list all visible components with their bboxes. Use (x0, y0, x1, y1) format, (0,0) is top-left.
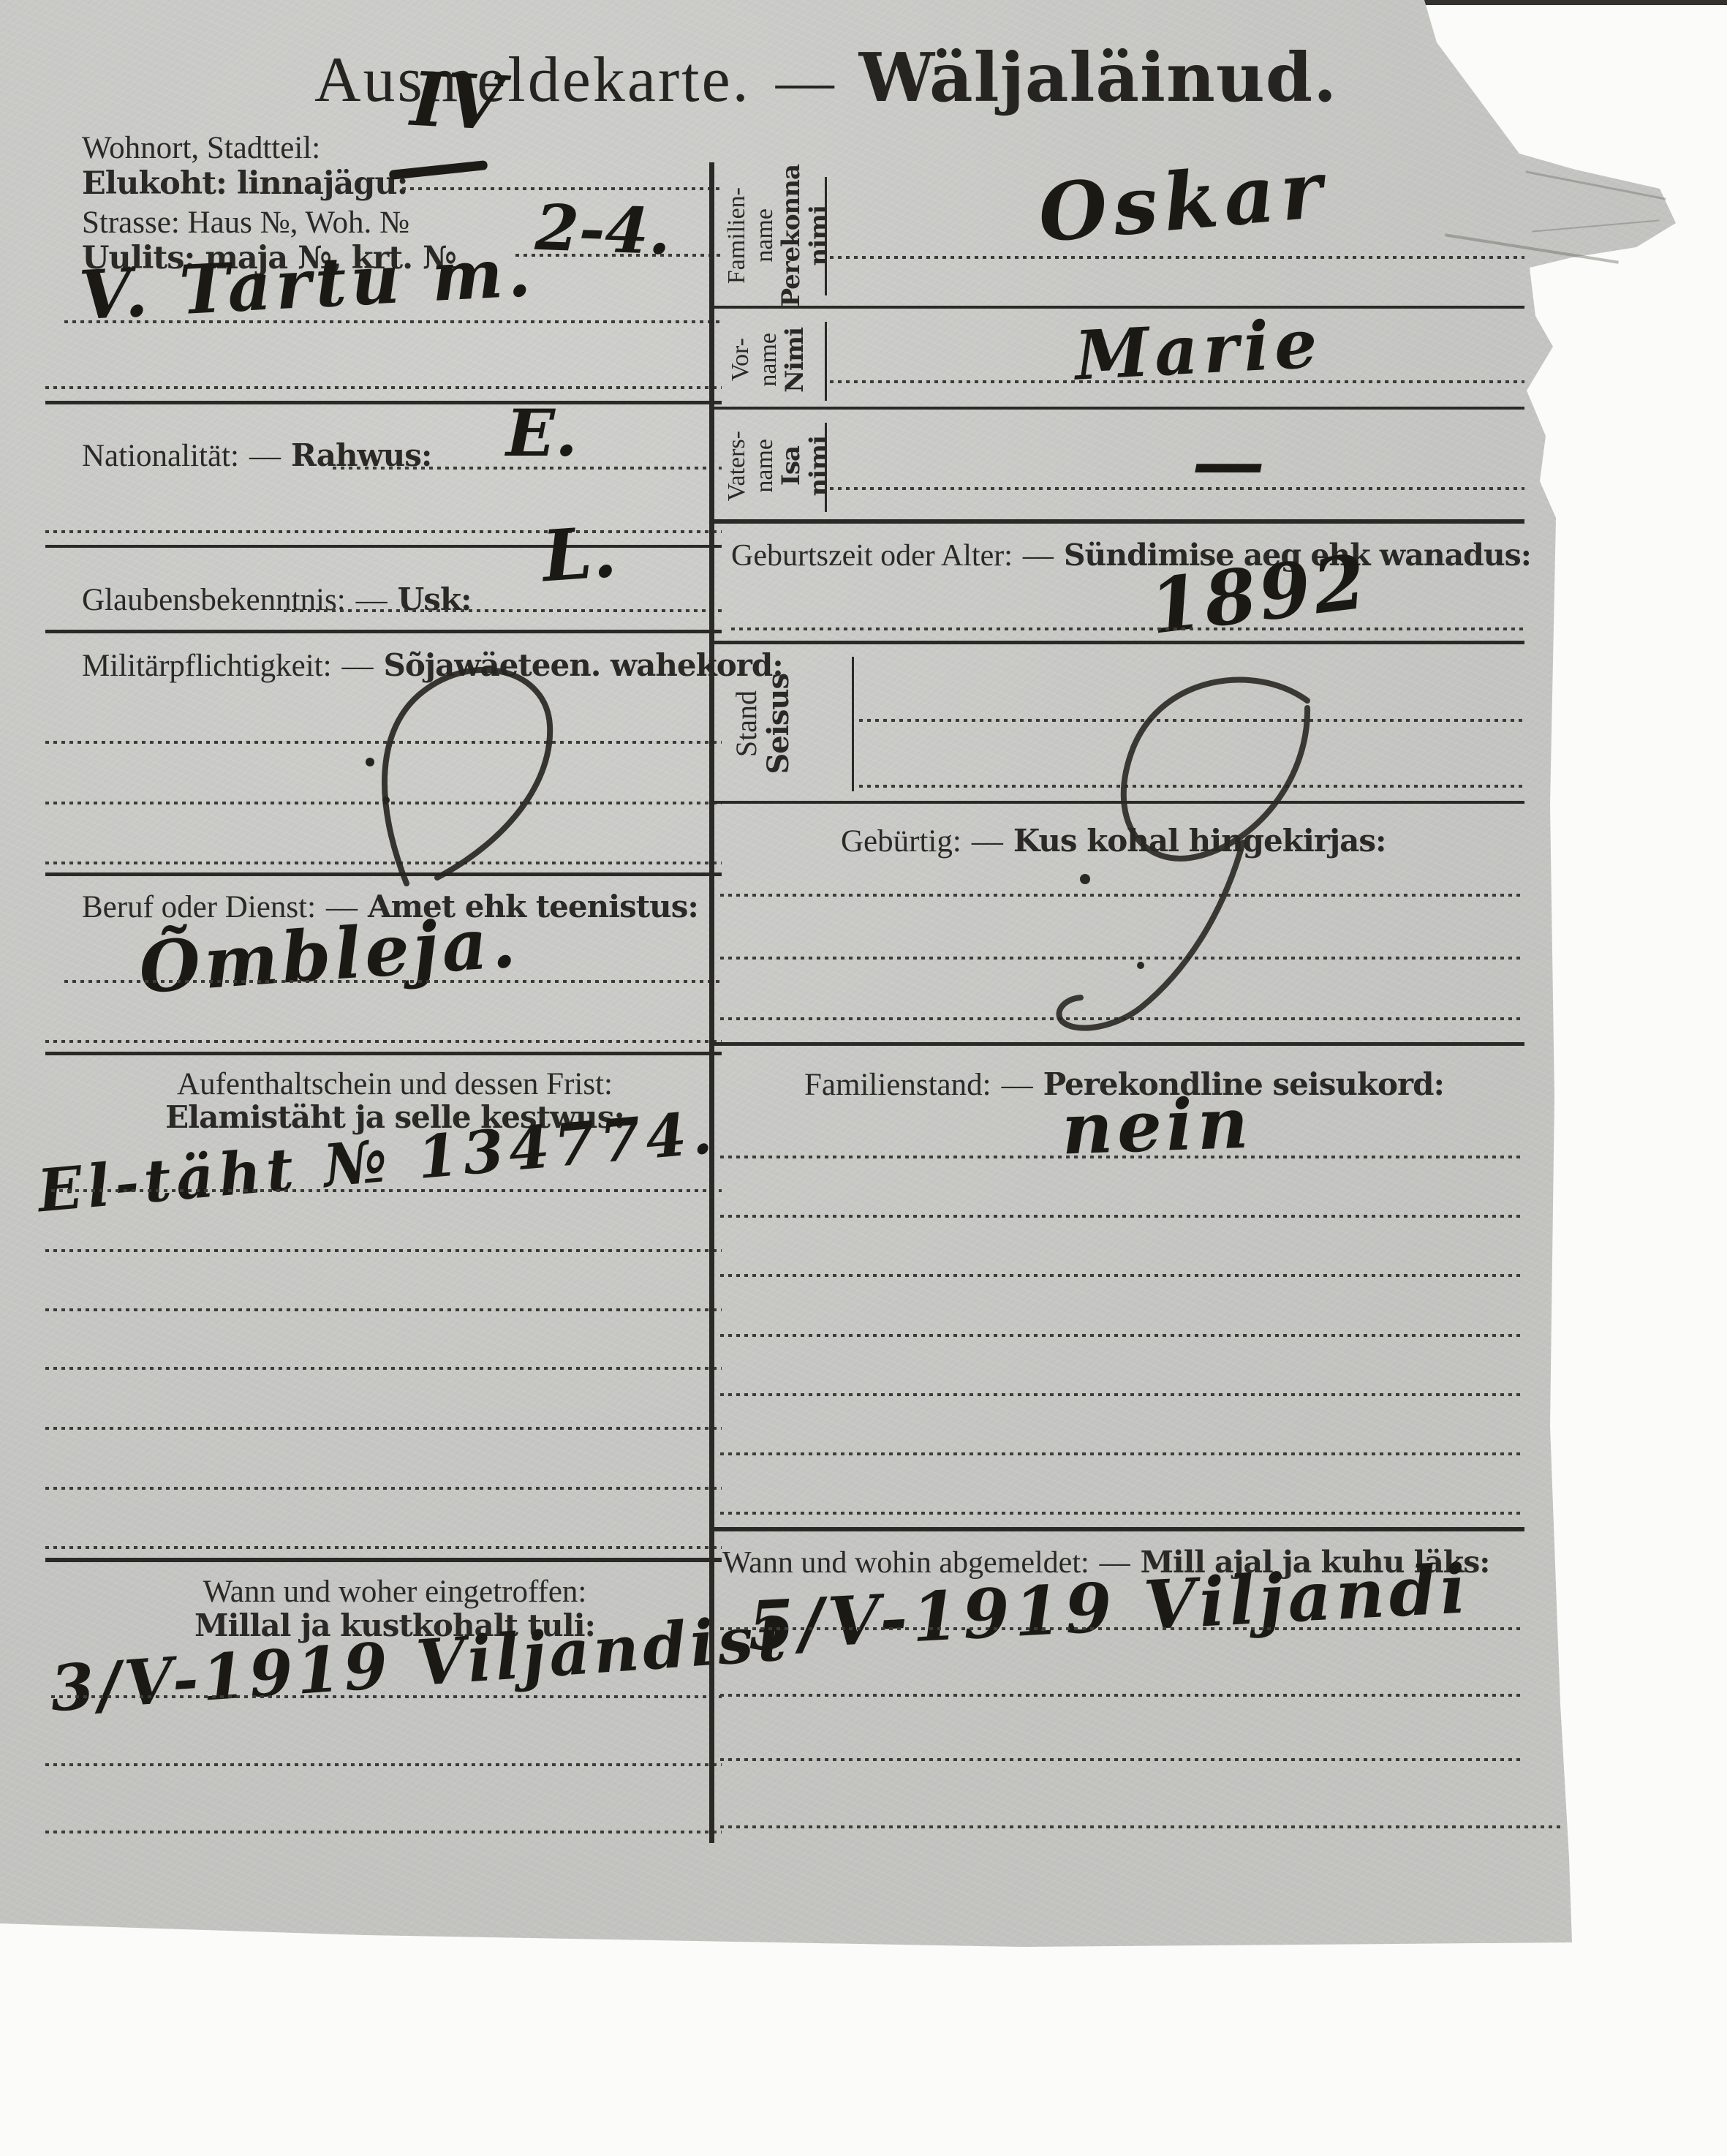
dotted-line (720, 1758, 1524, 1761)
handwritten-surname: Oskar (1035, 150, 1331, 254)
estate-label-et: Seisus (763, 674, 794, 774)
title-dash: — (776, 49, 834, 116)
born-label: Gebürtig: — Kus kohal hingekirjas: (841, 823, 1386, 859)
title-estonian: Wäljaläinud. (859, 38, 1337, 117)
rule (45, 1052, 722, 1055)
patronymic-label-et-1: Isa (779, 446, 805, 486)
rule (45, 630, 722, 633)
label-separator (825, 177, 827, 295)
military-label-et: Sõjawäeteen. wahekord: (384, 647, 783, 683)
dotted-line (45, 1546, 722, 1549)
dotted-line (45, 1763, 722, 1766)
rule (713, 306, 1524, 309)
dotted-line (720, 1334, 1524, 1337)
dotted-line (45, 1427, 722, 1430)
religion-label-de: Glaubensbekenntnis: (82, 582, 346, 618)
arrival-label-de: Wann und woher eingetroffen: (69, 1574, 720, 1610)
label-wohnort-stadtteil: Wohnort, Stadtteil: (82, 130, 320, 166)
rule (713, 407, 1524, 410)
dotted-line (45, 1249, 722, 1252)
dotted-line (720, 957, 1524, 960)
dotted-line (284, 609, 722, 612)
dotted-line (51, 1189, 722, 1192)
family-status-label-de: Familienstand: (804, 1067, 991, 1103)
handwritten-firstname: Marie (1073, 309, 1324, 390)
firstname-label-et-1: Nimi (782, 328, 809, 393)
dotted-line (720, 1274, 1524, 1277)
rule (713, 641, 1524, 644)
patronymic-row-label: Vaters- name Isa nimi (724, 415, 833, 516)
scan-edge-shadow (1382, 0, 1727, 5)
dotted-line (45, 862, 722, 864)
dotted-line (64, 320, 722, 323)
dotted-line (830, 380, 1524, 383)
dotted-line (720, 1512, 1524, 1515)
label-dash: — (342, 648, 374, 684)
patronymic-label-de-1: Vaters- (724, 431, 750, 501)
dotted-line (515, 254, 722, 257)
label-dash: — (249, 438, 281, 474)
rule (713, 801, 1524, 804)
label-strasse-haus: Strasse: Haus №, Woh. № (82, 205, 409, 241)
born-label-de: Gebürtig: (841, 823, 961, 859)
label-separator (825, 423, 827, 512)
firstname-label-de-1: Vor- (728, 338, 754, 381)
permit-label-de: Aufenthaltschein und dessen Frist: (69, 1066, 720, 1102)
nationality-label-de: Nationalität: (82, 438, 239, 474)
birth-label: Geburtszeit oder Alter: — Sündimise aeg … (731, 538, 1531, 573)
dotted-line (720, 1215, 1524, 1218)
label-dash: — (972, 823, 1003, 859)
dotted-line (731, 627, 1524, 630)
dotted-line (720, 1825, 1565, 1828)
dotted-line (45, 1040, 722, 1043)
dotted-line (720, 1627, 1524, 1630)
surname-label-et-2: nimi (806, 206, 833, 266)
dotted-line (859, 719, 1524, 722)
surname-label-de-1: Familien- (724, 187, 750, 284)
dotted-line (45, 1831, 722, 1833)
estate-label-de: Stand (731, 690, 762, 757)
rule (45, 401, 722, 404)
label-separator (852, 657, 854, 791)
title-german: Ausmeldekarte. (314, 43, 751, 117)
religion-label: Glaubensbekenntnis: — Usk: (82, 581, 472, 618)
dotted-line (402, 187, 722, 190)
dotted-line (45, 802, 722, 804)
dotted-line (720, 894, 1524, 897)
military-label-de: Militärpflichtigkeit: (82, 648, 332, 684)
handwritten-family-status: nein (1060, 1088, 1253, 1164)
dotted-line (720, 1393, 1524, 1396)
dotted-line (720, 1452, 1524, 1455)
patronymic-label-de-2: name (752, 439, 778, 493)
label-dash: — (1023, 538, 1054, 573)
surname-row-label: Familien- name Perekonna nimi (724, 170, 833, 301)
rule (713, 1527, 1524, 1531)
dotted-line (830, 256, 1524, 259)
dotted-line (859, 785, 1524, 788)
dotted-line (333, 467, 722, 470)
patronymic-label-et-2: nimi (806, 436, 833, 497)
rule (45, 872, 722, 876)
dotted-line (45, 1308, 722, 1311)
dotted-line (720, 1694, 1524, 1697)
birth-label-de: Geburtszeit oder Alter: (731, 538, 1013, 573)
dotted-line (45, 530, 722, 533)
rule (713, 519, 1524, 524)
dotted-line (64, 980, 722, 983)
rule (45, 1558, 722, 1562)
born-label-et: Kus kohal hingekirjas: (1013, 823, 1386, 859)
dotted-line (830, 487, 1524, 490)
label-separator (825, 322, 827, 401)
handwritten-nationality: E. (506, 401, 578, 465)
estate-row-label: Stand Seisus (731, 652, 794, 796)
label-elukoht-linnajagu: Elukoht: linnajägu: (82, 165, 408, 202)
dotted-line (720, 1017, 1524, 1020)
column-divider (709, 162, 714, 1843)
surname-label-et-1: Perekonna (779, 165, 805, 307)
dotted-line (45, 741, 722, 744)
firstname-row-label: Vor- name Nimi (728, 316, 809, 404)
firstname-label-de-2: name (755, 333, 782, 387)
dotted-line (51, 1695, 722, 1698)
scan-background: Ausmeldekarte. — Wäljaläinud. Wohnort, S… (0, 0, 1727, 2156)
label-dash: — (356, 582, 388, 618)
dotted-line (45, 386, 722, 389)
surname-label-de-2: name (752, 208, 778, 263)
dotted-line (45, 1487, 722, 1490)
military-label: Militärpflichtigkeit: — Sõjawäeteen. wah… (82, 647, 783, 684)
dotted-line (720, 1156, 1524, 1158)
rule (45, 545, 722, 548)
handwritten-religion: L. (540, 517, 619, 592)
dotted-line (45, 1367, 722, 1370)
rule (713, 1042, 1524, 1046)
label-dash: — (1002, 1067, 1033, 1103)
handwritten-district: IV (409, 62, 505, 141)
